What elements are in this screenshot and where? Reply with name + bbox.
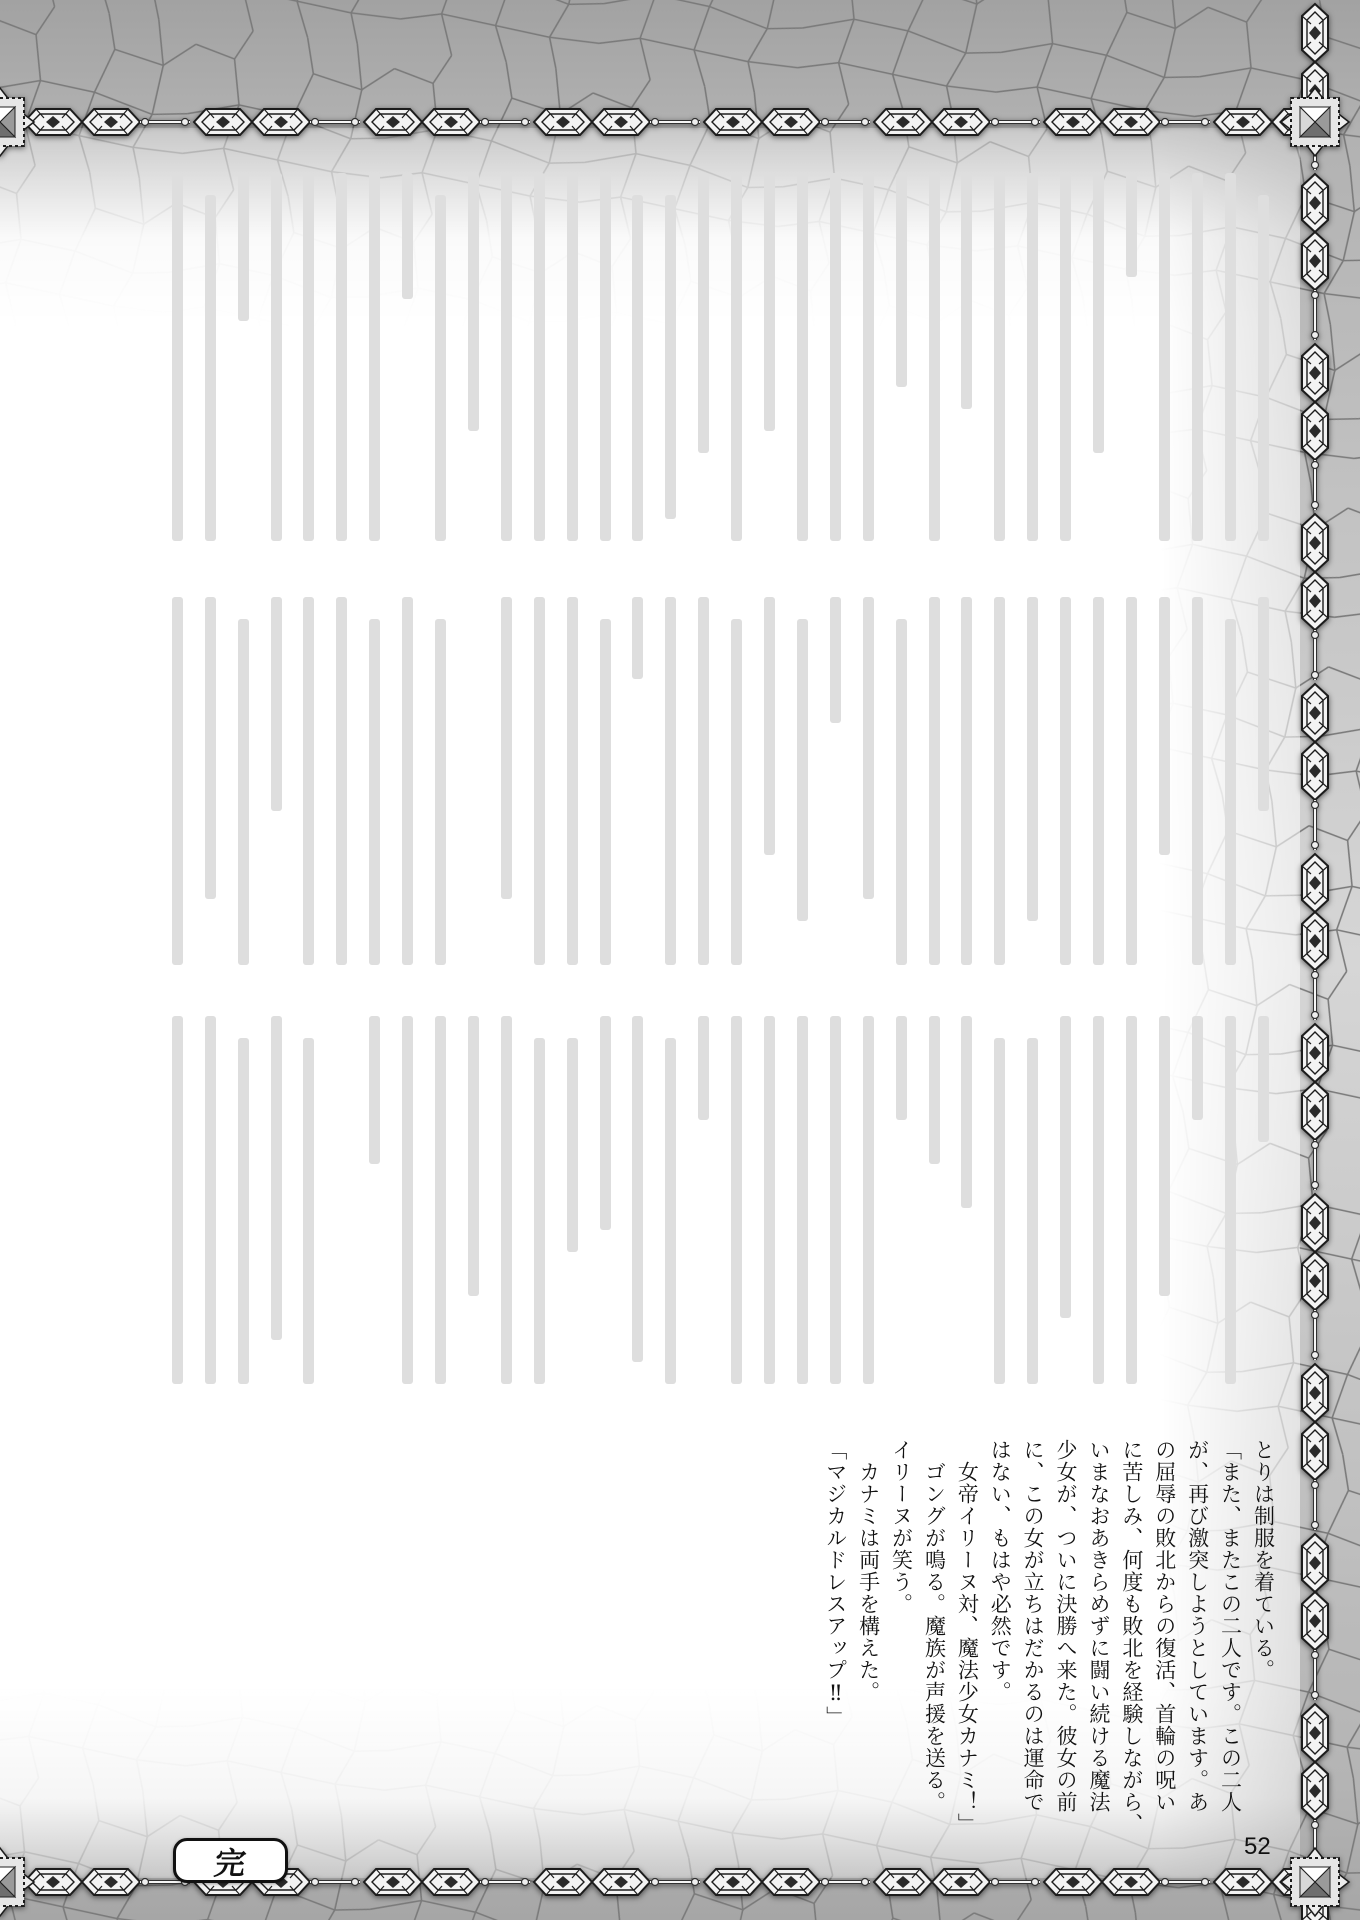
redacted-text-column	[457, 1013, 490, 1413]
redacted-text-column	[1082, 594, 1115, 994]
redaction-bar	[534, 597, 545, 965]
redacted-text-column	[720, 1013, 753, 1413]
redaction-bar	[369, 173, 380, 541]
blank-column	[457, 594, 490, 994]
text-column: いまなおあきらめずに闘い続ける魔法	[1082, 1439, 1115, 1839]
redacted-text-column	[654, 594, 687, 994]
redacted-text-column	[1082, 1013, 1115, 1413]
redacted-text-column	[950, 170, 983, 570]
text-column: とりは制服を着ている。	[1247, 1439, 1280, 1839]
redaction-bar	[567, 1038, 578, 1252]
redaction-bar	[1258, 597, 1269, 811]
redaction-bar	[172, 1016, 183, 1384]
redaction-bar	[863, 1016, 874, 1384]
redacted-text-column	[687, 170, 720, 570]
redaction-bar	[205, 1016, 216, 1384]
redacted-text-column	[819, 1013, 852, 1413]
redacted-text-column	[918, 170, 951, 570]
redacted-text-column	[786, 594, 819, 994]
redaction-bar	[435, 619, 446, 965]
redacted-text-column	[1049, 594, 1082, 994]
redacted-text-column	[424, 594, 457, 994]
redacted-text-column	[589, 1013, 622, 1413]
redacted-text-column	[260, 170, 293, 570]
redacted-text-column	[885, 1013, 918, 1413]
page-number: 52	[1244, 1833, 1271, 1861]
redaction-bar	[238, 619, 249, 965]
redaction-bar	[271, 597, 282, 811]
redaction-bar	[1258, 1016, 1269, 1142]
redaction-bar	[1126, 597, 1137, 965]
redaction-bar	[369, 1016, 380, 1164]
redaction-bar	[1060, 597, 1071, 965]
redacted-text-column	[1049, 170, 1082, 570]
redaction-bar	[961, 1016, 972, 1208]
redaction-bar	[1027, 1038, 1038, 1384]
redaction-bar	[1258, 195, 1269, 541]
redacted-text-column	[1247, 170, 1280, 570]
text-column: ゴングが鳴る。魔族が声援を送る。	[918, 1439, 951, 1839]
redacted-text-column	[786, 170, 819, 570]
text-column: が、再び激突しようとしています。あ	[1181, 1439, 1214, 1839]
redacted-text-column	[1214, 594, 1247, 994]
redaction-bar	[271, 1016, 282, 1340]
text-column: の屈辱の敗北からの復活、首輪の呪い	[1148, 1439, 1181, 1839]
redacted-text-column	[819, 170, 852, 570]
redaction-bar	[271, 173, 282, 541]
redacted-text-column	[819, 594, 852, 994]
redacted-text-column	[621, 170, 654, 570]
text-column: 女帝イリーヌ対、魔法少女カナミ！」	[950, 1439, 983, 1839]
redaction-bar	[863, 597, 874, 899]
redaction-bar	[1159, 173, 1170, 541]
redacted-text-column	[424, 170, 457, 570]
redaction-bar	[567, 173, 578, 541]
redaction-bar	[797, 173, 808, 541]
end-mark-badge: 完	[173, 1838, 288, 1883]
redaction-bar	[961, 173, 972, 409]
text-tier	[0, 1013, 1360, 1413]
redacted-text-column	[1214, 170, 1247, 570]
redacted-text-column	[687, 594, 720, 994]
redaction-bar	[468, 1016, 479, 1296]
redaction-bar	[1225, 173, 1236, 541]
redacted-text-column	[424, 1013, 457, 1413]
redaction-bar	[205, 597, 216, 899]
text-column: 「マジカルドレスアップ‼」	[819, 1439, 852, 1839]
redaction-bar	[994, 597, 1005, 965]
redaction-bar	[435, 195, 446, 541]
redacted-text-column	[1115, 594, 1148, 994]
redacted-text-column	[194, 170, 227, 570]
redaction-bar	[501, 597, 512, 899]
redacted-text-column	[1148, 170, 1181, 570]
redaction-bar	[929, 173, 940, 541]
redaction-bar	[501, 1016, 512, 1384]
redacted-text-column	[687, 1013, 720, 1413]
redaction-bar	[1159, 597, 1170, 855]
redaction-bar	[600, 173, 611, 541]
redacted-text-column	[1148, 1013, 1181, 1413]
redaction-bar	[1192, 597, 1203, 965]
redaction-bar	[1027, 597, 1038, 921]
redacted-text-column	[523, 1013, 556, 1413]
redaction-bar	[830, 1016, 841, 1384]
redaction-bar	[1093, 597, 1104, 965]
redaction-bar	[336, 173, 347, 541]
text-column: カナミは両手を構えた。	[852, 1439, 885, 1839]
redaction-bar	[665, 597, 676, 965]
redacted-text-column	[490, 594, 523, 994]
redaction-bar	[1060, 1016, 1071, 1318]
end-mark-label: 完	[212, 1838, 249, 1883]
redacted-text-column	[983, 594, 1016, 994]
redaction-bar	[205, 195, 216, 541]
redaction-bar	[698, 1016, 709, 1120]
redacted-text-column	[292, 1013, 325, 1413]
redaction-bar	[1192, 1016, 1203, 1120]
redaction-bar	[336, 597, 347, 965]
redacted-text-column	[227, 594, 260, 994]
redacted-text-column	[950, 1013, 983, 1413]
redaction-bar	[303, 1038, 314, 1384]
redacted-text-column	[1016, 170, 1049, 570]
redacted-text-column	[1181, 594, 1214, 994]
redacted-text-column	[292, 594, 325, 994]
redaction-bar	[1225, 619, 1236, 965]
redaction-bar	[830, 597, 841, 723]
redaction-bar	[632, 1016, 643, 1362]
text-column: イリーヌが笑う。	[885, 1439, 918, 1839]
redacted-text-column	[654, 170, 687, 570]
redacted-text-column	[983, 170, 1016, 570]
redaction-bar	[172, 173, 183, 541]
redacted-text-column	[161, 1013, 194, 1413]
redaction-bar	[172, 597, 183, 965]
redacted-text-column	[621, 594, 654, 994]
redaction-bar	[929, 1016, 940, 1164]
redacted-text-column	[260, 1013, 293, 1413]
redaction-bar	[468, 173, 479, 431]
redaction-bar	[665, 195, 676, 519]
redaction-bar	[402, 173, 413, 299]
redaction-bar	[369, 619, 380, 965]
redaction-bar	[994, 173, 1005, 541]
redacted-text-column	[786, 1013, 819, 1413]
redacted-text-column	[194, 1013, 227, 1413]
redaction-bar	[600, 619, 611, 965]
redacted-text-column	[753, 170, 786, 570]
redaction-bar	[929, 597, 940, 965]
redacted-text-column	[358, 170, 391, 570]
redaction-bar	[764, 597, 775, 855]
redacted-text-column	[983, 1013, 1016, 1413]
redaction-bar	[303, 597, 314, 965]
redaction-bar	[665, 1038, 676, 1384]
redaction-bar	[764, 173, 775, 431]
text-tier	[0, 594, 1360, 994]
redacted-text-column	[1181, 1013, 1214, 1413]
redacted-text-column	[161, 594, 194, 994]
redaction-bar	[731, 173, 742, 541]
redacted-text-column	[1115, 170, 1148, 570]
text-column: はない、もはや必然です。	[983, 1439, 1016, 1839]
redacted-text-column	[621, 1013, 654, 1413]
redacted-text-column	[391, 594, 424, 994]
redaction-bar	[632, 195, 643, 541]
redaction-bar	[600, 1016, 611, 1230]
redacted-text-column	[490, 1013, 523, 1413]
redacted-text-column	[1214, 1013, 1247, 1413]
redacted-text-column	[1247, 594, 1280, 994]
redaction-bar	[1027, 173, 1038, 541]
redacted-text-column	[589, 170, 622, 570]
redacted-text-column	[1016, 1013, 1049, 1413]
redacted-text-column	[260, 594, 293, 994]
redaction-bar	[1093, 1016, 1104, 1384]
redacted-text-column	[292, 170, 325, 570]
redaction-bar	[567, 597, 578, 965]
redacted-text-column	[1181, 170, 1214, 570]
redaction-bar	[402, 597, 413, 965]
redacted-text-column	[885, 594, 918, 994]
redacted-text-column	[852, 170, 885, 570]
text-tier: とりは制服を着ている。「また、またこの二人です。この二人が、再び激突しようとして…	[0, 1439, 1360, 1839]
redacted-text-column	[1049, 1013, 1082, 1413]
redaction-bar	[764, 1016, 775, 1384]
redacted-text-column	[490, 170, 523, 570]
redacted-text-column	[1115, 1013, 1148, 1413]
redaction-bar	[830, 173, 841, 541]
redaction-bar	[435, 1016, 446, 1384]
redaction-bar	[896, 1016, 907, 1120]
redaction-bar	[534, 1038, 545, 1384]
redaction-bar	[1060, 173, 1071, 541]
redacted-text-column	[654, 1013, 687, 1413]
body-text: とりは制服を着ている。「また、またこの二人です。この二人が、再び激突しようとして…	[0, 0, 1360, 1920]
redacted-text-column	[918, 594, 951, 994]
redaction-bar	[1192, 173, 1203, 541]
redacted-text-column	[457, 170, 490, 570]
redaction-bar	[698, 173, 709, 453]
redacted-text-column	[950, 594, 983, 994]
redaction-bar	[731, 619, 742, 965]
redacted-text-column	[1247, 1013, 1280, 1413]
redaction-bar	[238, 1038, 249, 1384]
redacted-text-column	[852, 1013, 885, 1413]
redacted-text-column	[161, 170, 194, 570]
redacted-text-column	[391, 1013, 424, 1413]
redaction-bar	[896, 619, 907, 965]
redacted-text-column	[325, 170, 358, 570]
redacted-text-column	[1148, 594, 1181, 994]
redaction-bar	[501, 173, 512, 541]
redacted-text-column	[918, 1013, 951, 1413]
redaction-bar	[534, 173, 545, 541]
text-column: 「また、またこの二人です。この二人	[1214, 1439, 1247, 1839]
text-column: に苦しみ、何度も敗北を経験しながら、	[1115, 1439, 1148, 1839]
redacted-text-column	[885, 170, 918, 570]
redaction-bar	[1225, 1016, 1236, 1384]
redaction-bar	[402, 1016, 413, 1384]
redaction-bar	[238, 173, 249, 321]
redacted-text-column	[523, 170, 556, 570]
text-tier	[0, 170, 1360, 570]
redacted-text-column	[1082, 170, 1115, 570]
redaction-bar	[632, 597, 643, 679]
text-column: に、この女が立ちはだかるのは運命で	[1016, 1439, 1049, 1839]
redaction-bar	[303, 173, 314, 541]
redacted-text-column	[358, 1013, 391, 1413]
redaction-bar	[698, 597, 709, 965]
redaction-bar	[863, 173, 874, 541]
blank-column	[325, 1013, 358, 1413]
redaction-bar	[731, 1016, 742, 1384]
redaction-bar	[961, 597, 972, 965]
redacted-text-column	[325, 594, 358, 994]
redacted-text-column	[556, 170, 589, 570]
redacted-text-column	[358, 594, 391, 994]
redaction-bar	[1126, 1016, 1137, 1384]
redacted-text-column	[556, 1013, 589, 1413]
redaction-bar	[1126, 173, 1137, 277]
redacted-text-column	[720, 170, 753, 570]
redacted-text-column	[391, 170, 424, 570]
redacted-text-column	[194, 594, 227, 994]
redacted-text-column	[852, 594, 885, 994]
text-column: 少女が、ついに決勝へ来た。彼女の前	[1049, 1439, 1082, 1839]
redacted-text-column	[227, 1013, 260, 1413]
redacted-text-column	[523, 594, 556, 994]
redacted-text-column	[753, 1013, 786, 1413]
redacted-text-column	[227, 170, 260, 570]
redaction-bar	[896, 173, 907, 387]
redacted-text-column	[589, 594, 622, 994]
redacted-text-column	[1016, 594, 1049, 994]
redaction-bar	[797, 619, 808, 921]
redaction-bar	[994, 1038, 1005, 1384]
redacted-text-column	[556, 594, 589, 994]
redaction-bar	[1093, 173, 1104, 453]
redacted-text-column	[720, 594, 753, 994]
redaction-bar	[797, 1016, 808, 1384]
redaction-bar	[1159, 1016, 1170, 1296]
redacted-text-column	[753, 594, 786, 994]
